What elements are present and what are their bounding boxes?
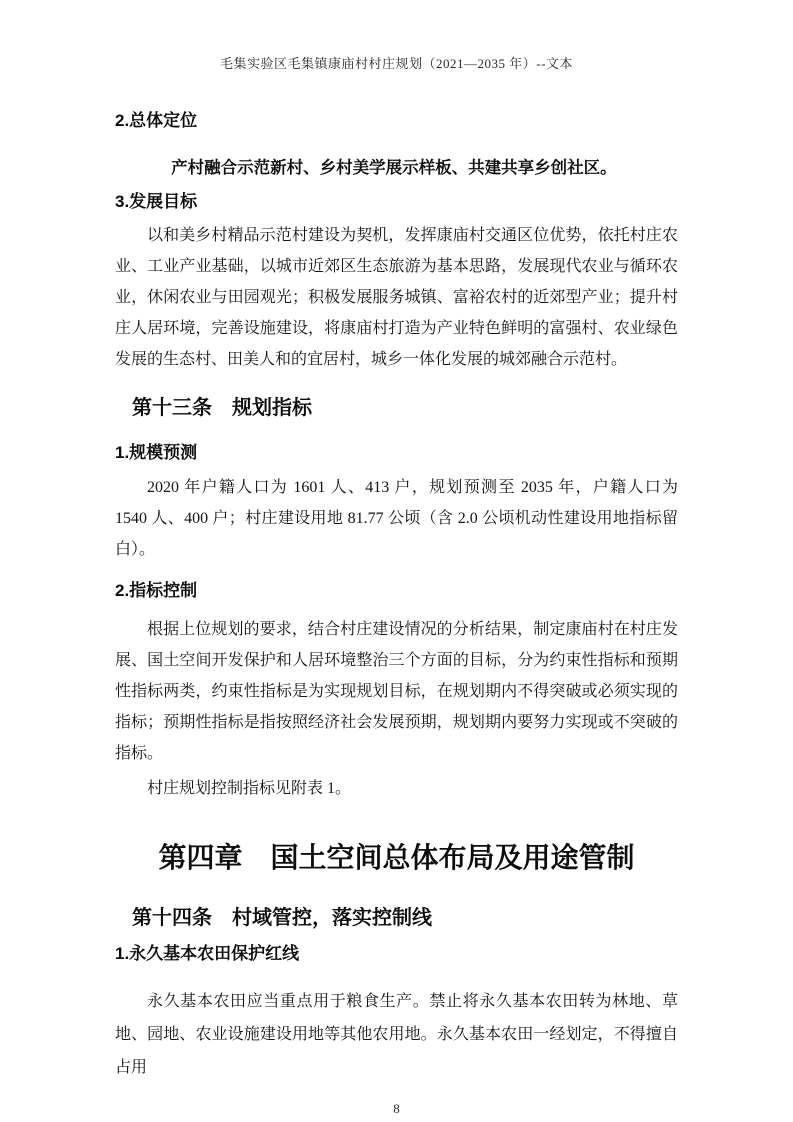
section-heading-overall-positioning: 2.总体定位 <box>115 110 678 132</box>
document-page: 毛集实验区毛集镇康庙村村庄规划（2021—2035 年）--文本 2.总体定位 … <box>0 0 793 1122</box>
development-goal-paragraph: 以和美乡村精品示范村建设为契机，发挥康庙村交通区位优势，依托村庄农业、工业产业基… <box>115 220 678 375</box>
section-heading-farmland-redline: 1.永久基本农田保护红线 <box>115 943 678 965</box>
article-13-heading: 第十三条 规划指标 <box>132 395 678 421</box>
chapter-4-heading: 第四章 国土空间总体布局及用途管制 <box>115 840 678 876</box>
article-14-heading: 第十四条 村域管控，落实控制线 <box>132 905 678 931</box>
overall-positioning-statement: 产村融合示范新村、乡村美学展示样板、共建共享乡创社区。 <box>115 158 678 178</box>
section-heading-indicator-control: 2.指标控制 <box>115 580 678 602</box>
document-header-title: 毛集实验区毛集镇康庙村村庄规划（2021—2035 年）--文本 <box>115 0 678 73</box>
page-number: 8 <box>115 1100 678 1118</box>
farmland-redline-paragraph: 永久基本农田应当重点用于粮食生产。禁止将永久基本农田转为林地、草地、园地、农业设… <box>115 985 678 1084</box>
indicator-control-paragraph: 根据上位规划的要求，结合村庄建设情况的分析结果，制定康庙村在村庄发展、国土空间开… <box>115 614 678 769</box>
section-heading-development-goal: 3.发展目标 <box>115 191 678 213</box>
indicator-control-note: 村庄规划控制指标见附表 1。 <box>115 773 678 804</box>
scale-forecast-paragraph: 2020 年户籍人口为 1601 人、413 户，规划预测至 2035 年，户籍… <box>115 472 678 565</box>
section-heading-scale-forecast: 1.规模预测 <box>115 442 678 464</box>
